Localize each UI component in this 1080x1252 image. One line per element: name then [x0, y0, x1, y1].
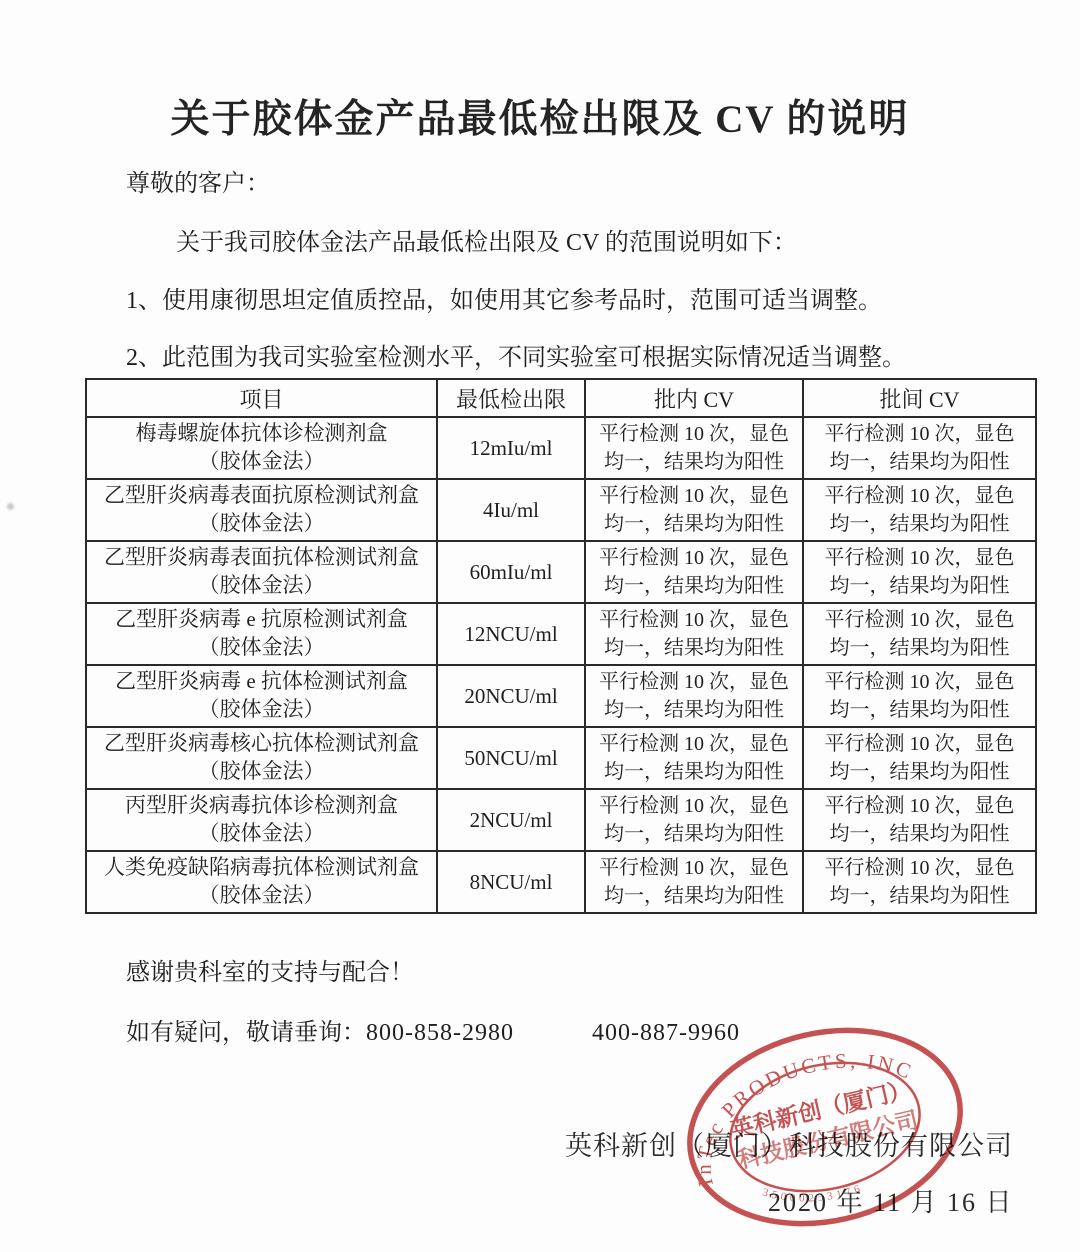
product-cell: 丙型肝炎病毒抗体诊检测剂盒 （胶体金法）: [86, 789, 437, 851]
limit-cell: 50NCU/ml: [437, 727, 585, 789]
product-name: 乙型肝炎病毒表面抗原检测试剂盒: [91, 482, 432, 510]
table-row: 乙型肝炎病毒表面抗原检测试剂盒 （胶体金法） 4Iu/ml 平行检测 10 次，…: [86, 479, 1036, 541]
svg-text:InTec PRODUCTS, INC: InTec PRODUCTS, INC: [678, 1030, 934, 1189]
intra-cv-cell: 平行检测 10 次，显色 均一，结果均为阳性: [585, 417, 803, 479]
document-page: 关于胶体金产品最低检出限及 CV 的说明 尊敬的客户： 关于我司胶体金法产品最低…: [0, 0, 1080, 1252]
product-method: （胶体金法）: [91, 696, 432, 724]
product-cell: 梅毒螺旋体抗体诊检测剂盒 （胶体金法）: [86, 417, 437, 479]
table-row: 乙型肝炎病毒表面抗体检测试剂盒 （胶体金法） 60mIu/ml 平行检测 10 …: [86, 541, 1036, 603]
product-cell: 乙型肝炎病毒 e 抗体检测试剂盒 （胶体金法）: [86, 665, 437, 727]
table-row: 梅毒螺旋体抗体诊检测剂盒 （胶体金法） 12mIu/ml 平行检测 10 次，显…: [86, 417, 1036, 479]
inter-cv-cell: 平行检测 10 次，显色 均一，结果均为阳性: [803, 851, 1036, 913]
page-title: 关于胶体金产品最低检出限及 CV 的说明: [0, 88, 1080, 144]
table-header-row: 项目 最低检出限 批内 CV 批间 CV: [86, 379, 1036, 417]
note-1: 1、使用康彻思坦定值质控品，如使用其它参考品时，范围可适当调整。: [126, 280, 882, 315]
product-method: （胶体金法）: [91, 820, 432, 848]
inter-cv-cell: 平行检测 10 次，显色 均一，结果均为阳性: [803, 665, 1036, 727]
table-row: 丙型肝炎病毒抗体诊检测剂盒 （胶体金法） 2NCU/ml 平行检测 10 次，显…: [86, 789, 1036, 851]
limit-cell: 4Iu/ml: [437, 479, 585, 541]
limit-cell: 8NCU/ml: [437, 851, 585, 913]
scan-artifact-dot: [7, 503, 14, 510]
limit-cell: 60mIu/ml: [437, 541, 585, 603]
intro-paragraph: 关于我司胶体金法产品最低检出限及 CV 的范围说明如下：: [176, 222, 797, 257]
intra-cv-cell: 平行检测 10 次，显色 均一，结果均为阳性: [585, 851, 803, 913]
limit-cell: 20NCU/ml: [437, 665, 585, 727]
product-method: （胶体金法）: [91, 448, 432, 476]
intra-cv-cell: 平行检测 10 次，显色 均一，结果均为阳性: [585, 789, 803, 851]
product-method: （胶体金法）: [91, 758, 432, 786]
table-row: 乙型肝炎病毒核心抗体检测试剂盒 （胶体金法） 50NCU/ml 平行检测 10 …: [86, 727, 1036, 789]
product-method: （胶体金法）: [91, 510, 432, 538]
detection-limits-table: 项目 最低检出限 批内 CV 批间 CV 梅毒螺旋体抗体诊检测剂盒 （胶体金法）…: [85, 378, 1037, 914]
table-row: 人类免疫缺陷病毒抗体检测试剂盒 （胶体金法） 8NCU/ml 平行检测 10 次…: [86, 851, 1036, 913]
salutation: 尊敬的客户：: [126, 163, 270, 198]
header-limit: 最低检出限: [437, 379, 585, 417]
header-product: 项目: [86, 379, 437, 417]
inter-cv-cell: 平行检测 10 次，显色 均一，结果均为阳性: [803, 541, 1036, 603]
header-intra-cv: 批内 CV: [585, 379, 803, 417]
product-method: （胶体金法）: [91, 634, 432, 662]
product-cell: 乙型肝炎病毒表面抗原检测试剂盒 （胶体金法）: [86, 479, 437, 541]
company-name: 英科新创（厦门）科技股份有限公司: [565, 1124, 1013, 1163]
inter-cv-cell: 平行检测 10 次，显色 均一，结果均为阳性: [803, 417, 1036, 479]
product-cell: 乙型肝炎病毒 e 抗原检测试剂盒 （胶体金法）: [86, 603, 437, 665]
inter-cv-cell: 平行检测 10 次，显色 均一，结果均为阳性: [803, 789, 1036, 851]
intra-cv-cell: 平行检测 10 次，显色 均一，结果均为阳性: [585, 479, 803, 541]
product-name: 乙型肝炎病毒 e 抗原检测试剂盒: [91, 606, 432, 634]
intra-cv-cell: 平行检测 10 次，显色 均一，结果均为阳性: [585, 727, 803, 789]
phone-number-1: 800-858-2980: [366, 1020, 514, 1046]
header-inter-cv: 批间 CV: [803, 379, 1036, 417]
table-row: 乙型肝炎病毒 e 抗体检测试剂盒 （胶体金法） 20NCU/ml 平行检测 10…: [86, 665, 1036, 727]
intra-cv-cell: 平行检测 10 次，显色 均一，结果均为阳性: [585, 665, 803, 727]
stamp-arc-text: InTec PRODUCTS, INC: [678, 1030, 934, 1189]
inter-cv-cell: 平行检测 10 次，显色 均一，结果均为阳性: [803, 603, 1036, 665]
product-name: 乙型肝炎病毒 e 抗体检测试剂盒: [91, 668, 432, 696]
note-2: 2、此范围为我司实验室检测水平，不同实验室可根据实际情况适当调整。: [126, 337, 906, 372]
product-name: 乙型肝炎病毒表面抗体检测试剂盒: [91, 544, 432, 572]
limit-cell: 12mIu/ml: [437, 417, 585, 479]
limit-cell: 2NCU/ml: [437, 789, 585, 851]
intra-cv-cell: 平行检测 10 次，显色 均一，结果均为阳性: [585, 603, 803, 665]
inter-cv-cell: 平行检测 10 次，显色 均一，结果均为阳性: [803, 479, 1036, 541]
intra-cv-cell: 平行检测 10 次，显色 均一，结果均为阳性: [585, 541, 803, 603]
product-name: 人类免疫缺陷病毒抗体检测试剂盒: [91, 854, 432, 882]
product-cell: 人类免疫缺陷病毒抗体检测试剂盒 （胶体金法）: [86, 851, 437, 913]
inter-cv-cell: 平行检测 10 次，显色 均一，结果均为阳性: [803, 727, 1036, 789]
limit-cell: 12NCU/ml: [437, 603, 585, 665]
product-name: 梅毒螺旋体抗体诊检测剂盒: [91, 420, 432, 448]
phone-number-2: 400-887-9960: [592, 1020, 740, 1046]
contact-line: 如有疑问，敬请垂询：800-858-2980400-887-9960: [126, 1012, 740, 1047]
product-name: 乙型肝炎病毒核心抗体检测试剂盒: [91, 730, 432, 758]
product-method: （胶体金法）: [91, 572, 432, 600]
product-cell: 乙型肝炎病毒表面抗体检测试剂盒 （胶体金法）: [86, 541, 437, 603]
thanks-line: 感谢贵科室的支持与配合！: [126, 952, 414, 987]
document-date: 2020 年 11 月 16 日: [768, 1182, 1014, 1219]
product-cell: 乙型肝炎病毒核心抗体检测试剂盒 （胶体金法）: [86, 727, 437, 789]
product-name: 丙型肝炎病毒抗体诊检测剂盒: [91, 792, 432, 820]
contact-label: 如有疑问，敬请垂询：: [126, 1020, 366, 1046]
table-row: 乙型肝炎病毒 e 抗原检测试剂盒 （胶体金法） 12NCU/ml 平行检测 10…: [86, 603, 1036, 665]
product-method: （胶体金法）: [91, 882, 432, 910]
